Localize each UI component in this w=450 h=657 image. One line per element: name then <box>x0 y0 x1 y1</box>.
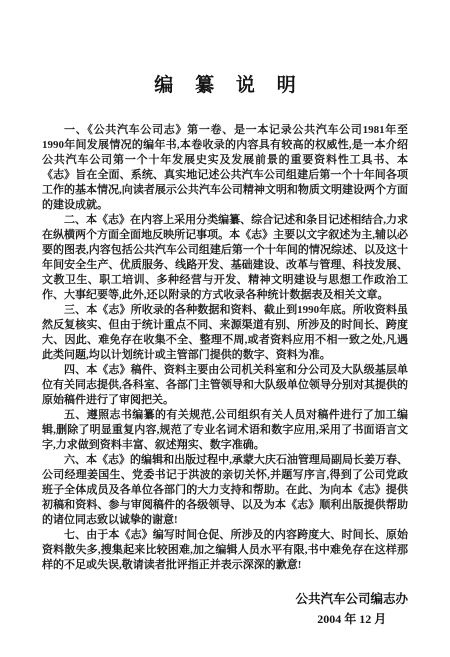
paragraph-4: 四、本《志》稿件、资料主要由公司机关科室和分公司及大队级基层单位有关同志提供,各… <box>42 363 408 408</box>
signature-organization: 公共汽车公司编志办 <box>295 589 408 609</box>
paragraph-7: 七、由于本《志》编写时间仓促、所涉及的内容跨度大、时间长、原始资料散失多,搜集起… <box>42 528 408 573</box>
document-body: 一、《公共汽车公司志》第一卷、是一本记录公共汽车公司1981年至1990年间发展… <box>42 123 408 573</box>
paragraph-2: 二、本《志》在内容上采用分类编纂、综合记述和条目记述相结合,力求在纵横两个方面全… <box>42 213 408 303</box>
document-page: 编 纂 说 明 一、《公共汽车公司志》第一卷、是一本记录公共汽车公司1981年至… <box>0 0 450 657</box>
paragraph-3: 三、本《志》所收录的各种数据和资料、截止到1990年底。所收资料虽然反复核实、但… <box>42 303 408 363</box>
signature-block: 公共汽车公司编志办 2004 年 12 月 <box>42 589 408 629</box>
paragraph-6: 六、本《志》的编辑和出版过程中,承蒙大庆石油管理局副局长姜万春、公司经理姜国生、… <box>42 453 408 528</box>
paragraph-5: 五、遵照志书编纂的有关规范,公司组织有关人员对稿件进行了加工编辑,删除了明显重复… <box>42 408 408 453</box>
page-title: 编 纂 说 明 <box>42 70 408 97</box>
signature-date: 2004 年 12 月 <box>295 609 408 629</box>
signature-inner: 公共汽车公司编志办 2004 年 12 月 <box>295 589 408 629</box>
paragraph-1: 一、《公共汽车公司志》第一卷、是一本记录公共汽车公司1981年至1990年间发展… <box>42 123 408 213</box>
